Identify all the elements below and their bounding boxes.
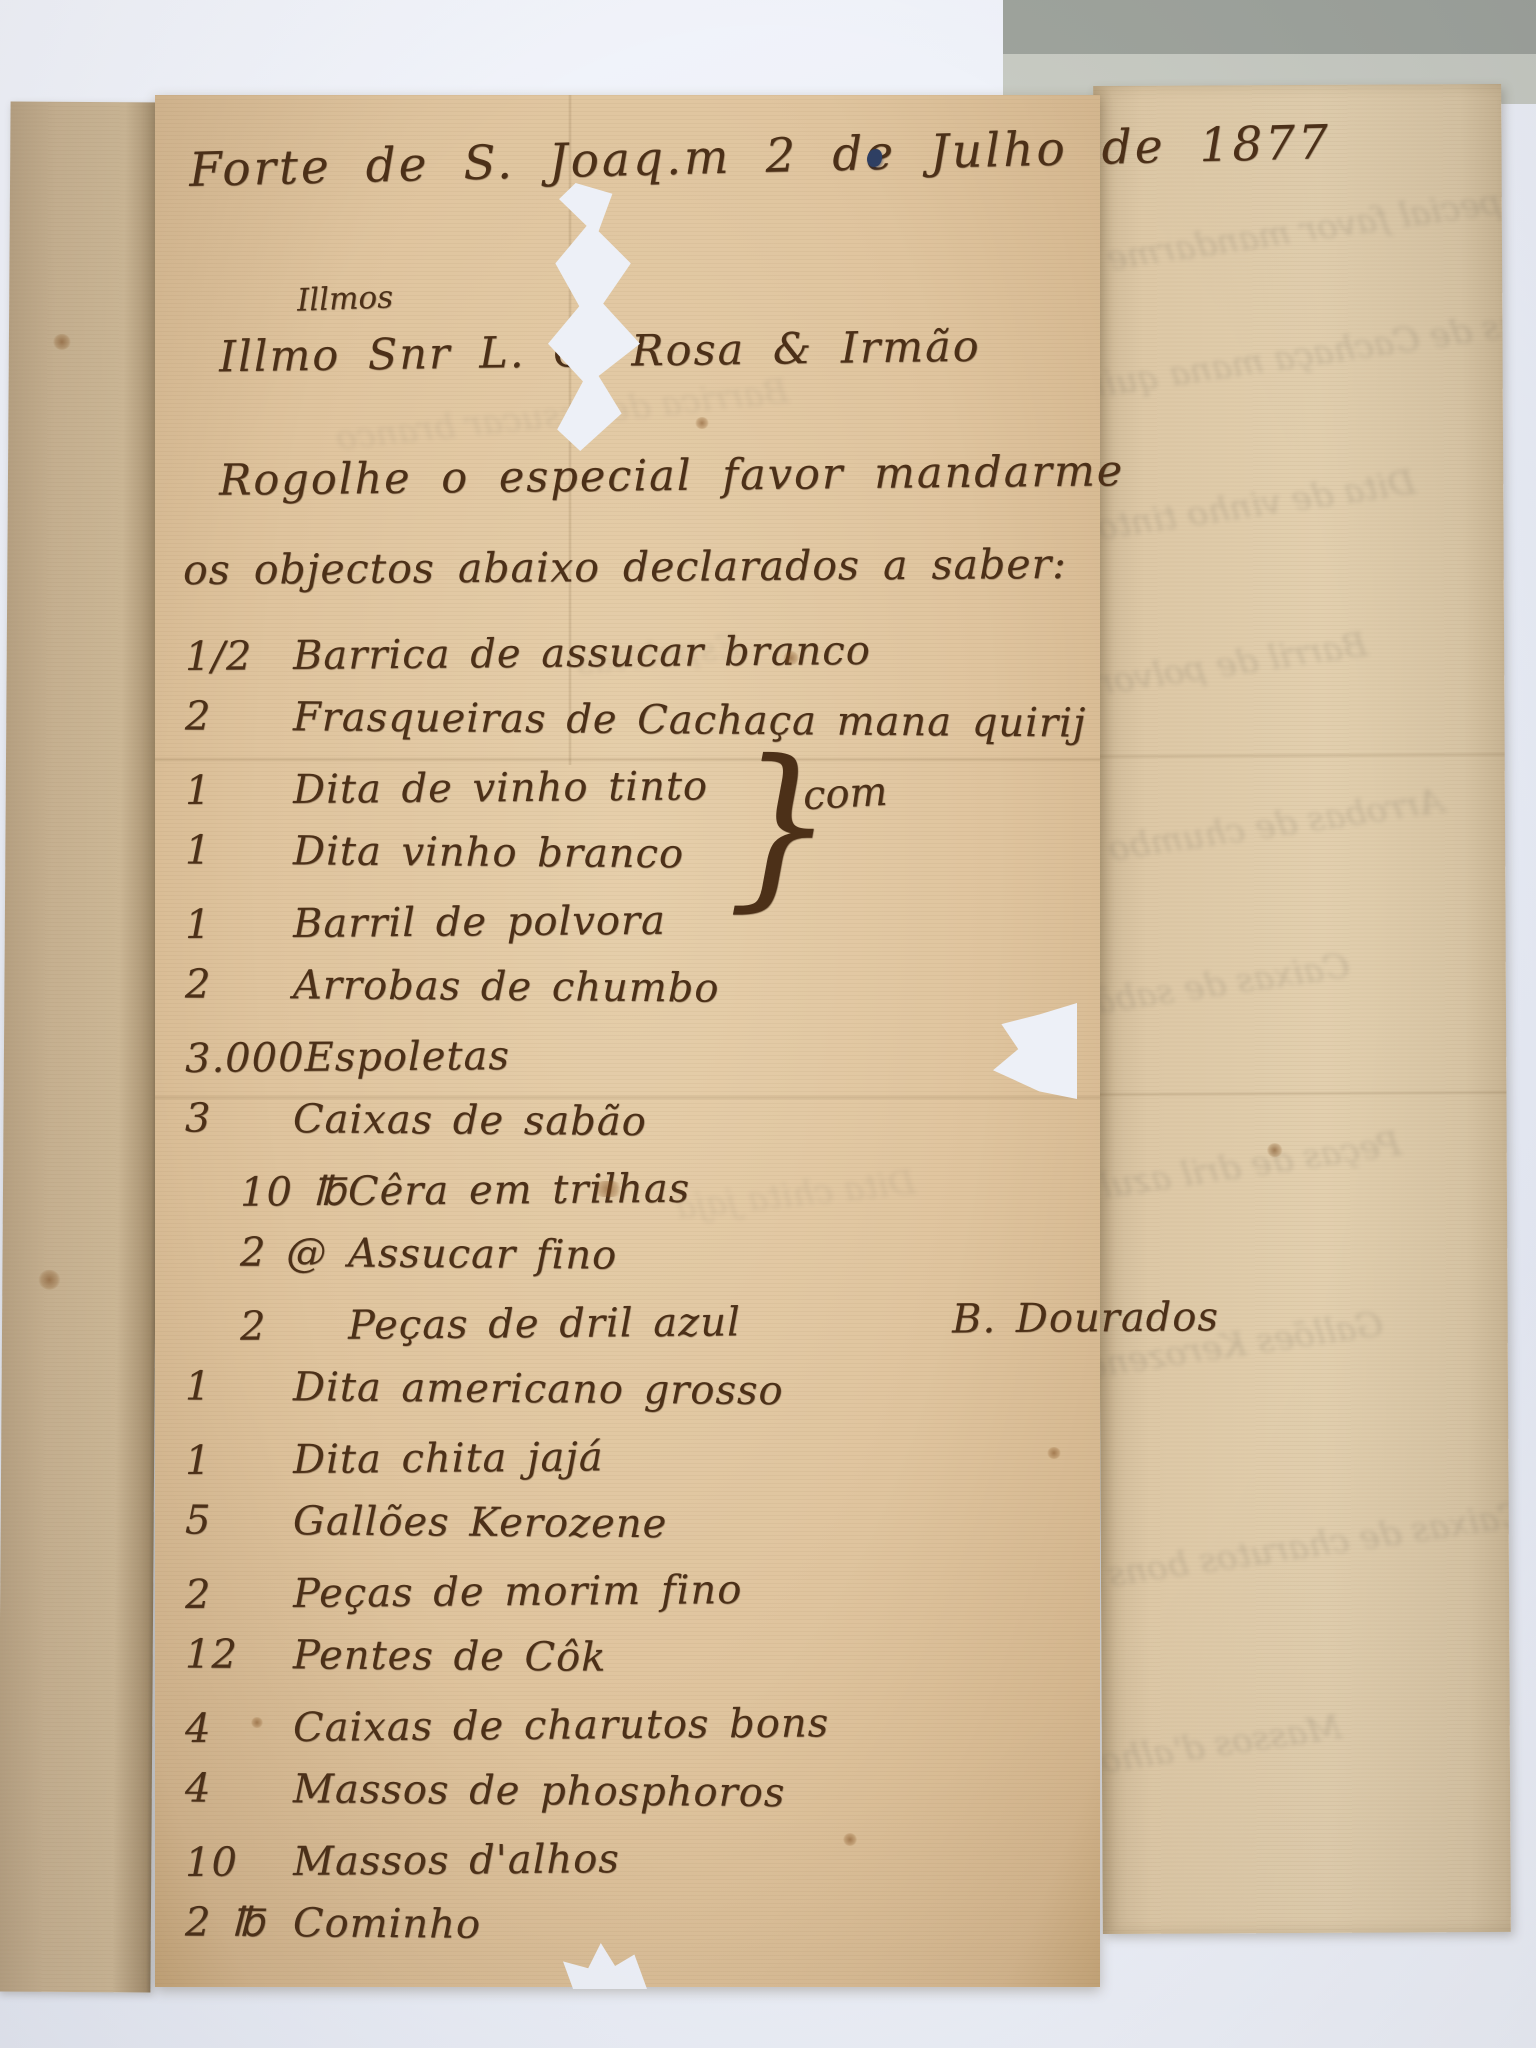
item-row: 2 Peças de morim fino — [185, 1553, 1091, 1628]
item-row: 1 Dita vinho branco — [185, 816, 1090, 890]
fox-spot — [38, 1270, 60, 1290]
item-quantity: 5 — [185, 1497, 293, 1544]
letter-left-fold — [0, 101, 164, 1992]
item-description: Massos d'alhos — [293, 1836, 620, 1885]
item-row: 1 Dita americano grosso — [185, 1352, 1090, 1426]
item-quantity: 2 — [185, 1571, 293, 1618]
item-quantity: 1 — [185, 827, 293, 874]
item-description: Barrica de assucar branco — [293, 627, 871, 678]
item-quantity: 1 — [185, 1437, 293, 1484]
item-row: 2 Arrobas de chumbo — [185, 950, 1090, 1024]
bleedthrough-text: Arrobas de chumbo — [1106, 781, 1446, 869]
item-row: 2 Frasqueiras de Cachaça mana quirij — [185, 682, 1090, 756]
item-description: Dita de vinho tinto — [293, 763, 708, 813]
bleedthrough-text: Dita de vinho tinto — [1094, 462, 1418, 548]
item-description: Dita chita jajá — [293, 1434, 604, 1483]
bleedthrough-text: Frasqueiras de Cachaça mana quirij — [1093, 280, 1511, 410]
item-list: } com 1/2 Barrica de assucar branco 2 Fr… — [185, 619, 1090, 1959]
item-quantity: 2 — [240, 1302, 348, 1349]
item-description: Frasqueiras de Cachaça mana quirij — [293, 694, 1087, 746]
item-row: 2 Peças de dril azul B. Dourados — [240, 1285, 1091, 1359]
item-description: Caixas de charutos bons — [293, 1700, 830, 1751]
item-quantity: 1 — [185, 1363, 293, 1410]
item-description: Barril de polvora — [293, 897, 666, 946]
item-quantity: 12 — [185, 1631, 293, 1678]
item-row: 2 @ Assucar fino — [240, 1219, 1091, 1293]
item-description: Peças de dril azul — [348, 1299, 741, 1348]
item-row: 10 ℔ Cêra em trilhas — [240, 1151, 1091, 1225]
crease — [1097, 752, 1505, 759]
bleedthrough-text: Peças de dril azul — [1098, 1124, 1404, 1207]
salutation-line: Illmo Snr L. G. Rosa & Irmão — [219, 322, 981, 383]
item-row: 1 Dita chita jajá — [185, 1419, 1091, 1494]
letter-right-page: Rogolhe o especial favor mandarme Frasqu… — [1093, 84, 1511, 1934]
item-quantity: 2 ℔ — [185, 1899, 293, 1946]
body-line-2: os objectos abaixo declarados a saber: — [183, 540, 1067, 594]
item-quantity: 3 — [185, 1095, 293, 1142]
item-row: 4 Caixas de charutos bons — [185, 1687, 1091, 1762]
item-quantity: 1 — [185, 767, 293, 814]
item-quantity: 4 — [185, 1765, 293, 1812]
body-line-1: Rogolhe o especial favor mandarme — [219, 446, 1125, 505]
bleedthrough-text: Caixas de charutos bons — [1105, 1495, 1511, 1595]
item-description: Gallões Kerozene — [293, 1498, 668, 1547]
item-quantity: 4 — [185, 1705, 293, 1752]
item-description: Assucar fino — [348, 1230, 618, 1278]
bleedthrough-text: Caixas de sabão — [1093, 946, 1352, 1026]
item-row: 1 Dita de vinho tinto — [185, 749, 1091, 824]
item-row: 3 Caixas de sabão — [185, 1084, 1090, 1158]
salutation-superscript: Illmos — [296, 279, 393, 318]
letter-main-page: Barrica de assucar branco Espoletas Dita… — [155, 95, 1100, 1987]
item-description: Caixas de sabão — [293, 1096, 647, 1145]
item-description: Cêra em trilhas — [348, 1165, 691, 1214]
item-description: Peças de morim fino — [293, 1567, 743, 1617]
item-quantity: 2 — [185, 961, 293, 1008]
photo-stage: Rogolhe o especial favor mandarme Frasqu… — [0, 0, 1536, 2048]
bleedthrough-text: Barril de polvora — [1093, 625, 1370, 707]
table-surface-dark — [1003, 0, 1536, 54]
item-description: Cominho — [293, 1900, 481, 1947]
item-row: 3.000 Espoletas — [185, 1017, 1091, 1092]
paper-texture — [0, 101, 164, 1992]
item-quantity: 10 — [185, 1839, 293, 1886]
item-description: Massos de phosphoros — [293, 1766, 786, 1816]
item-row: 5 Gallões Kerozene — [185, 1486, 1090, 1560]
item-description: Espoletas — [304, 1033, 510, 1081]
item-description: Dita americano grosso — [293, 1364, 784, 1414]
item-row: 10 Massos d'alhos — [185, 1821, 1091, 1896]
item-row: 12 Pentes de Côk — [185, 1620, 1090, 1694]
item-quantity: 1/2 — [185, 633, 293, 680]
bleedthrough-text: Barrica de assucar branco — [334, 371, 790, 458]
item-note: B. Dourados — [952, 1294, 1219, 1342]
item-quantity: 2 @ — [240, 1229, 348, 1276]
item-quantity: 1 — [185, 901, 293, 948]
item-description: Pentes de Côk — [293, 1632, 607, 1680]
fox-spot — [53, 334, 71, 350]
bleedthrough-text: Massos d'alhos — [1093, 1707, 1344, 1784]
item-quantity: 3.000 — [185, 1034, 305, 1081]
item-row: 1 Barril de polvora — [185, 883, 1091, 958]
item-description: Arrobas de chumbo — [293, 962, 720, 1011]
item-quantity: 10 ℔ — [240, 1168, 348, 1215]
item-description: Dita vinho branco — [293, 828, 684, 877]
crease — [1098, 1090, 1506, 1097]
item-row: 2 ℔ Cominho — [185, 1888, 1090, 1962]
item-row: 1/2 Barrica de assucar branco — [185, 615, 1091, 690]
item-row: 4 Massos de phosphoros — [185, 1754, 1090, 1828]
item-quantity: 2 — [185, 693, 293, 740]
